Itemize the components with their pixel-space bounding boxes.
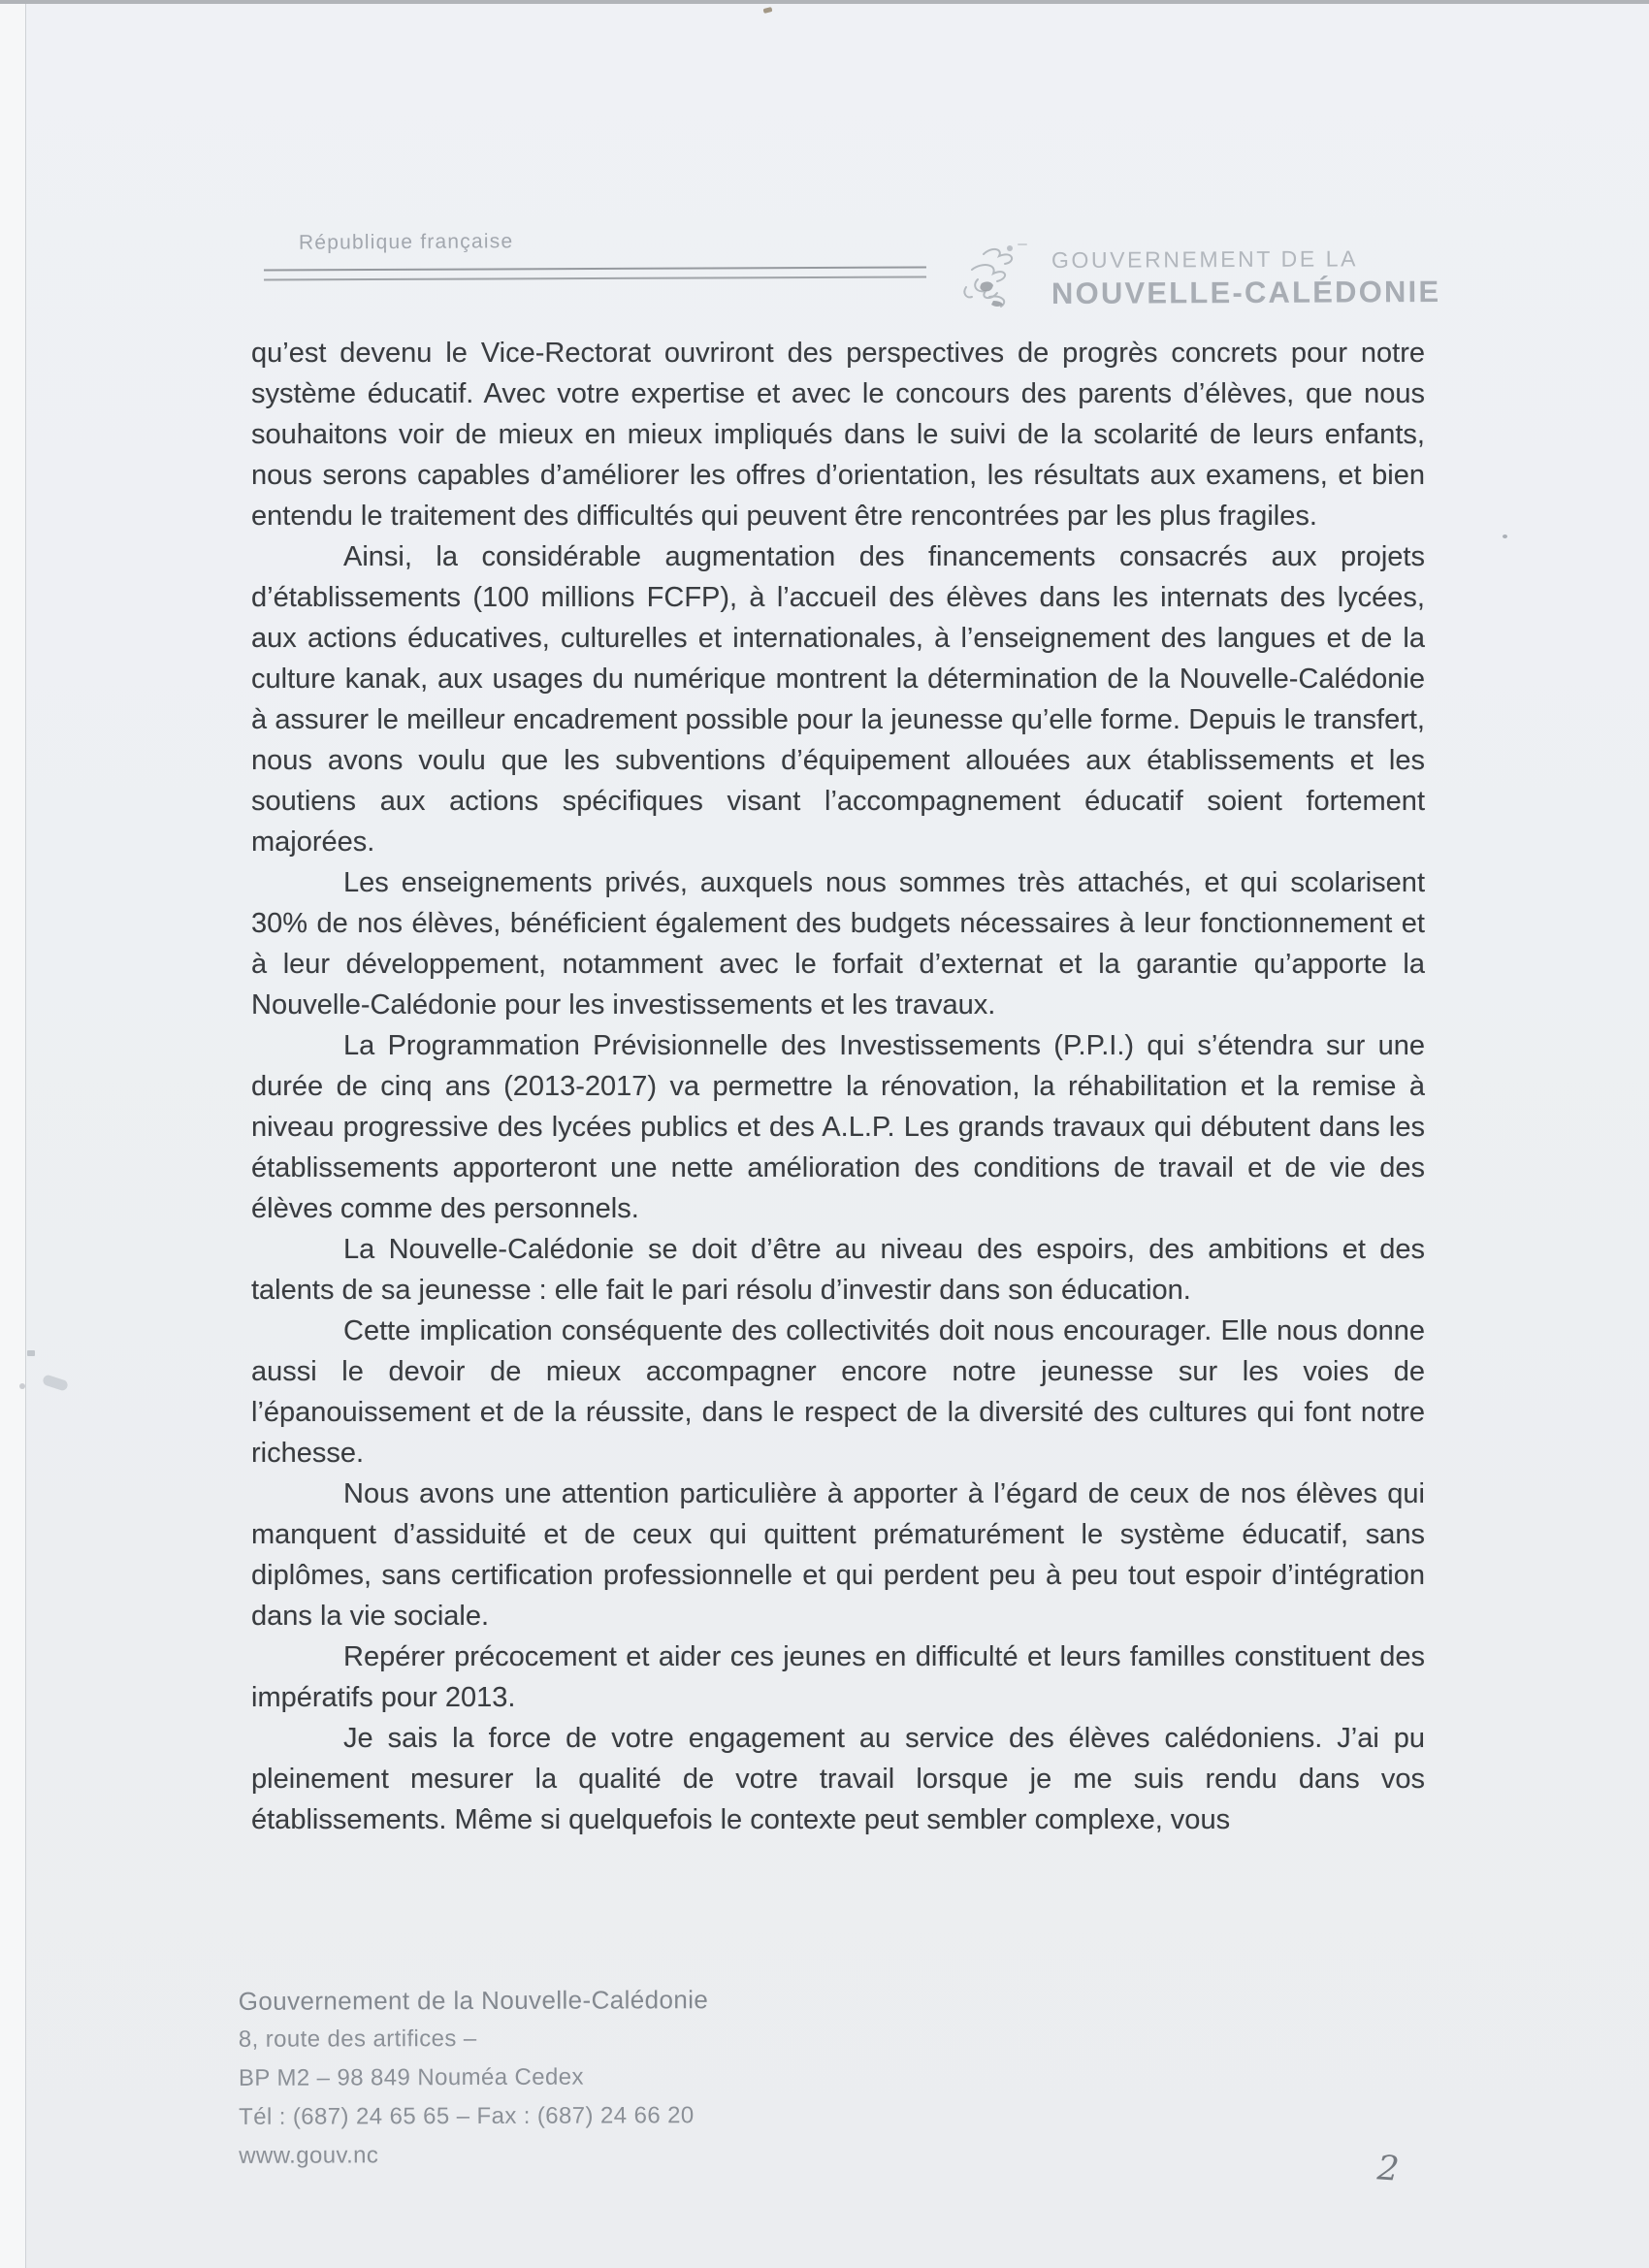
- paragraph: Les enseignements privés, auxquels nous …: [251, 862, 1425, 1025]
- footer-postal: BP M2 – 98 849 Nouméa Cedex: [239, 2057, 709, 2098]
- footer-phone-fax: Tél : (687) 24 65 65 – Fax : (687) 24 66…: [239, 2096, 709, 2137]
- gouvernement-line2: NOUVELLE-CALÉDONIE: [1051, 275, 1440, 311]
- gouvernement-title: GOUVERNEMENT DE LA NOUVELLE-CALÉDONIE: [1051, 237, 1440, 310]
- footer-website: www.gouv.nc: [239, 2135, 709, 2176]
- nouvelle-caledonie-emblem-icon: [954, 237, 1036, 322]
- scanned-letter-page: République française GOUV: [0, 0, 1649, 2268]
- scan-speck: [1503, 535, 1507, 538]
- scan-smudge: [42, 1374, 69, 1391]
- paragraph: Nous avons une attention particulière à …: [251, 1474, 1425, 1636]
- letter-footer: Gouvernement de la Nouvelle-Calédonie 8,…: [239, 1980, 709, 2176]
- scan-smudge: [27, 1350, 35, 1356]
- header-double-rule: [264, 267, 926, 281]
- scan-speck: [763, 7, 773, 14]
- gouvernement-header: GOUVERNEMENT DE LA NOUVELLE-CALÉDONIE: [954, 237, 1440, 322]
- scan-top-edge: [0, 0, 1649, 4]
- paragraph: La Nouvelle-Calédonie se doit d’être au …: [251, 1229, 1425, 1311]
- paragraph: Repérer précocement et aider ces jeunes …: [251, 1636, 1425, 1718]
- scan-left-edge: [0, 4, 26, 2268]
- gouvernement-line1: GOUVERNEMENT DE LA: [1051, 245, 1440, 274]
- footer-org-name: Gouvernement de la Nouvelle-Calédonie: [239, 1980, 709, 2021]
- paragraph: qu’est devenu le Vice-Rectorat ouvriront…: [251, 333, 1425, 536]
- paragraph: Ainsi, la considérable augmentation des …: [251, 536, 1425, 862]
- page-number: 2: [1376, 2149, 1401, 2188]
- footer-street: 8, route des artifices –: [239, 2019, 709, 2059]
- scan-smudge: [19, 1383, 25, 1389]
- paragraph: Je sais la force de votre engagement au …: [251, 1718, 1425, 1840]
- paragraph: Cette implication conséquente des collec…: [251, 1311, 1425, 1474]
- paragraph: La Programmation Prévisionnelle des Inve…: [251, 1025, 1425, 1229]
- republique-francaise-label: République française: [299, 230, 513, 255]
- letter-body: qu’est devenu le Vice-Rectorat ouvriront…: [251, 333, 1425, 1840]
